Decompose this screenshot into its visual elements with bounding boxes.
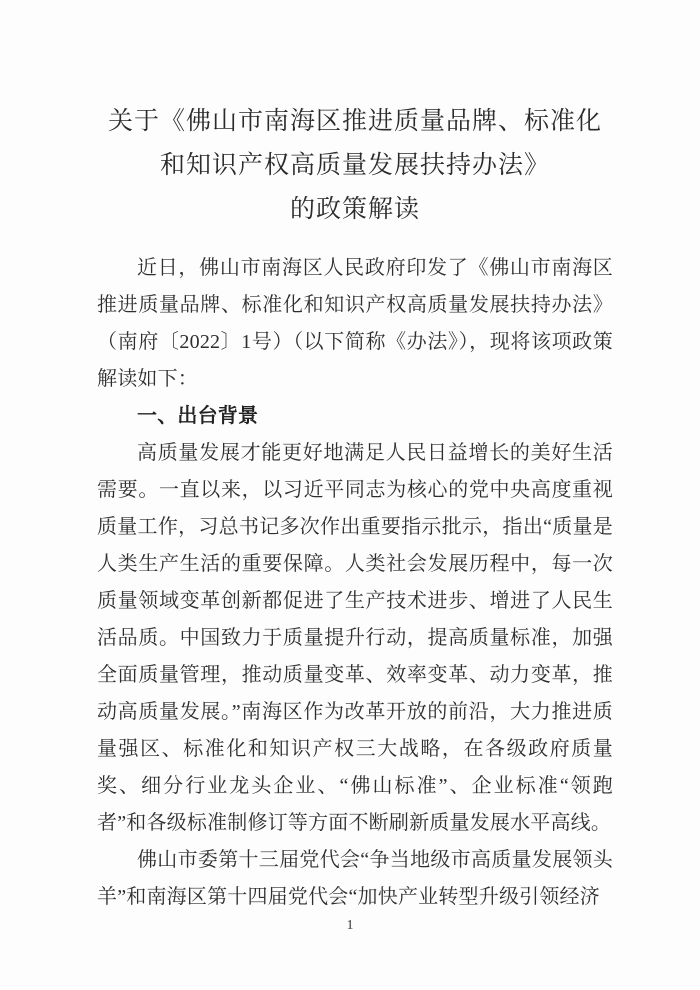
body-paragraph-1: 高质量发展才能更好地满足人民日益增长的美好生活需要。一直以来，以习近平同志为核心… (97, 435, 613, 842)
document-page: 关于《佛山市南海区推进质量品牌、标准化 和知识产权高质量发展扶持办法》 的政策解… (0, 0, 700, 990)
title-line-1: 关于《佛山市南海区推进质量品牌、标准化 (97, 100, 613, 144)
document-title: 关于《佛山市南海区推进质量品牌、标准化 和知识产权高质量发展扶持办法》 的政策解… (97, 100, 613, 232)
title-line-2: 和知识产权高质量发展扶持办法》 (97, 144, 613, 188)
page-number: 1 (0, 916, 700, 936)
title-line-3: 的政策解读 (97, 188, 613, 232)
document-content: 关于《佛山市南海区推进质量品牌、标准化 和知识产权高质量发展扶持办法》 的政策解… (97, 100, 613, 916)
section-heading-background: 一、出台背景 (97, 398, 613, 435)
body-paragraph-2: 佛山市委第十三届党代会“争当地级市高质量发展领头羊”和南海区第十四届党代会“加快… (97, 842, 613, 916)
intro-paragraph: 近日，佛山市南海区人民政府印发了《佛山市南海区推进质量品牌、标准化和知识产权高质… (97, 250, 613, 398)
